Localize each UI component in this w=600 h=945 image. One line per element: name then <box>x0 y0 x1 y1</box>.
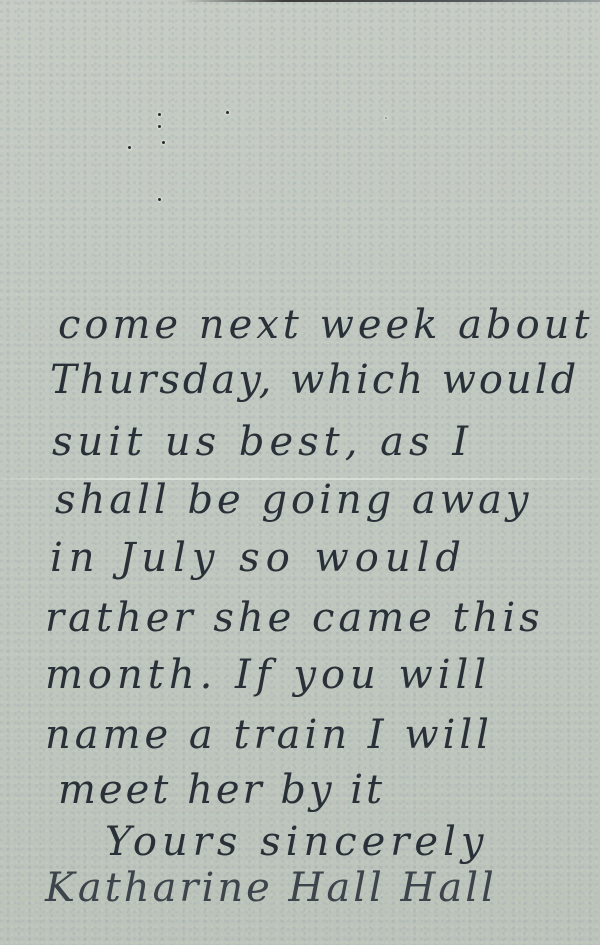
letter-line-8: name a train I will <box>45 715 493 755</box>
letter-line-4: shall be going away <box>55 480 533 520</box>
page-top-edge <box>180 0 600 2</box>
pinhole-mark <box>158 125 161 128</box>
pinhole-mark <box>226 111 229 114</box>
letter-closing: Yours sincerely <box>105 822 488 862</box>
letter-line-5: in July so would <box>50 538 467 578</box>
letter-line-9: meet her by it <box>58 770 385 810</box>
letter-line-2: Thursday, which would <box>50 360 579 400</box>
letter-signature: Katharine Hall Hall <box>45 868 497 908</box>
letter-line-3: suit us best, as I <box>52 422 473 462</box>
pinhole-mark <box>162 141 165 144</box>
letter-line-6: rather she came this <box>45 598 544 638</box>
pinhole-mark <box>128 146 131 149</box>
pinhole-mark <box>158 198 161 201</box>
pinhole-mark <box>385 117 387 119</box>
pinhole-mark <box>158 113 161 116</box>
letter-page: come next week about Thursday, which wou… <box>0 0 600 945</box>
letter-line-7: month. If you will <box>45 655 491 695</box>
letter-line-1: come next week about <box>58 305 594 345</box>
